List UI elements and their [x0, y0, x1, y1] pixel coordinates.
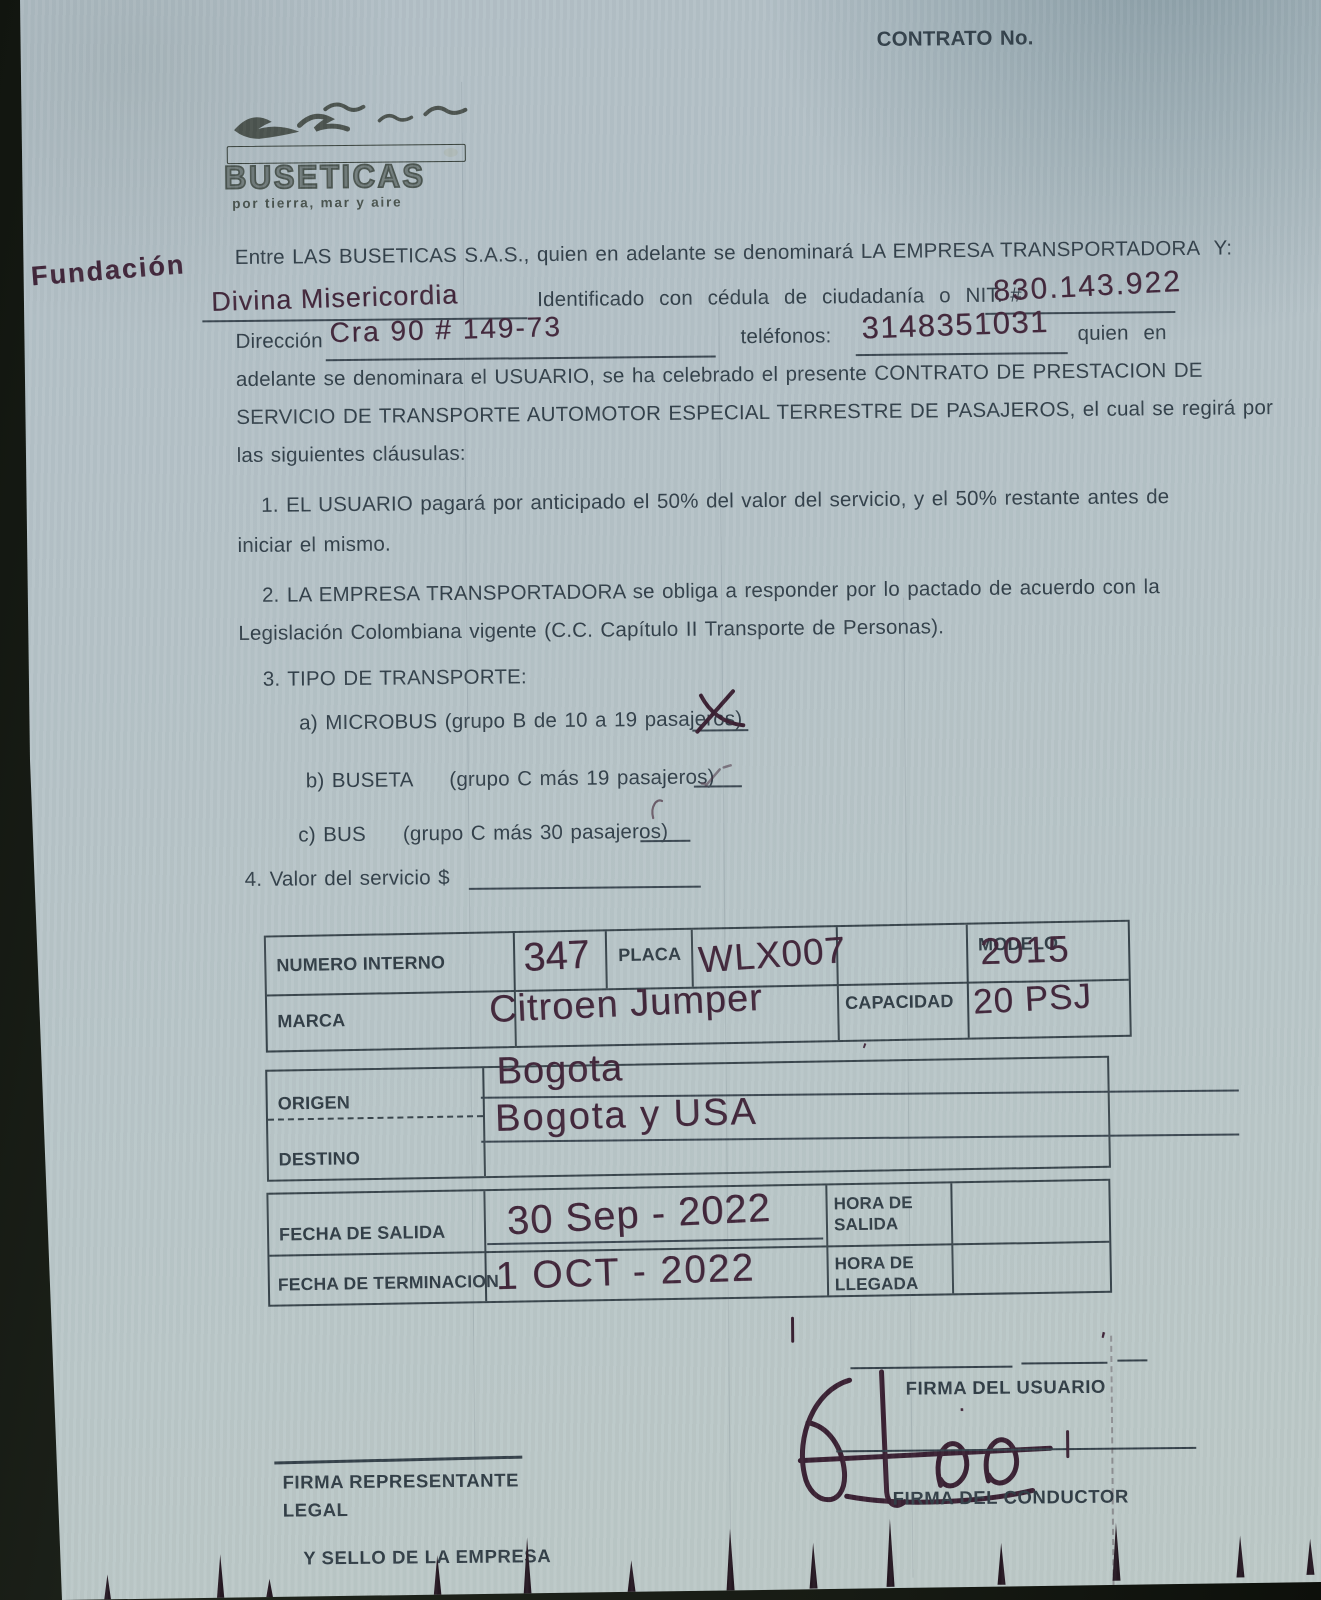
scanned-contract-page: CONTRATO No. BUSETICAS por tierra, mar y… — [0, 0, 1321, 1600]
numero-interno-label: NUMERO INTERNO — [276, 952, 445, 976]
modelo-value-handwriting: 2015 — [979, 928, 1071, 973]
firma-usuario-line-3 — [1117, 1359, 1147, 1361]
intro-line-3-tail: quien en — [1077, 321, 1166, 346]
destino-label: DESTINO — [279, 1148, 361, 1170]
option-c-blank-line — [640, 840, 690, 842]
route-table-row-divider — [268, 1115, 483, 1121]
clause-1-line-2: iniciar el mismo. — [237, 533, 391, 558]
option-b-pen-mark — [700, 763, 734, 789]
ink-mark — [216, 1554, 224, 1600]
clause-4-label: 4. Valor del servicio $ — [245, 866, 450, 892]
telefono-underline — [856, 352, 1068, 356]
origen-value-handwriting: Bogota — [496, 1047, 624, 1093]
vehicle-table-border — [691, 930, 694, 987]
capacidad-value-handwriting: 20 PSJ — [972, 976, 1093, 1022]
intro-line-6: las siguientes cláusulas: — [237, 442, 466, 468]
clause-2-line-1: 2. LA EMPRESA TRANSPORTADORA se obliga a… — [262, 575, 1160, 608]
ink-mark — [726, 1528, 735, 1590]
placa-value-handwriting: WLX007 — [697, 929, 848, 981]
fecha-terminacion-value-handwriting: 1 OCT - 2022 — [495, 1246, 756, 1299]
capacidad-label: CAPACIDAD — [845, 991, 954, 1014]
ink-mark — [886, 1519, 895, 1587]
telefono-handwriting: 3148351031 — [861, 304, 1050, 347]
fecha-salida-value-handwriting: 30 Sep - 2022 — [506, 1186, 772, 1245]
ink-mark — [809, 1543, 817, 1589]
marca-label: MARCA — [277, 1010, 345, 1032]
signature-representante-label-1: FIRMA REPRESENTANTE — [282, 1469, 519, 1493]
brand-tagline: por tierra, mar y aire — [232, 194, 402, 211]
placa-label: PLACA — [618, 944, 681, 966]
ink-mark — [997, 1543, 1005, 1585]
intro-line-5: SERVICIO DE TRANSPORTE AUTOMOTOR ESPECIA… — [236, 396, 1273, 430]
ink-mark — [523, 1537, 532, 1595]
route-table-border — [482, 1068, 486, 1176]
direccion-label: Dirección — [235, 329, 322, 354]
contract-number-label: CONTRATO No. — [877, 26, 1034, 52]
destino-value-handwriting: Bogota y USA — [494, 1091, 758, 1141]
hora-llegada-label: HORA DE LLEGADA — [834, 1251, 947, 1295]
vehicle-table-border — [605, 931, 608, 988]
transport-option-a: a) MICROBUS (grupo B de 10 a 19 pasajero… — [299, 707, 742, 735]
vehicle-table: NUMERO INTERNO 347 PLACA WLX007 MODELO 2… — [264, 920, 1132, 1053]
transport-option-b: b) BUSETA (grupo C más 19 pasajeros) — [306, 765, 715, 793]
marca-value-handwriting: Citroen Jumper — [488, 977, 763, 1032]
brand-name: BUSETICAS — [224, 157, 426, 197]
telefonos-label: teléfonos: — [740, 324, 831, 349]
signature-representante-label-2: LEGAL — [283, 1499, 349, 1522]
ink-mark — [1306, 1539, 1314, 1575]
clause-1-line-1: 1. EL USUARIO pagará por anticipado el 5… — [261, 485, 1169, 518]
page-content: CONTRATO No. BUSETICAS por tierra, mar y… — [0, 0, 1321, 1600]
signature-sello-label: Y SELLO DE LA EMPRESA — [303, 1545, 551, 1569]
ink-mark — [433, 1555, 441, 1597]
ink-mark — [103, 1574, 111, 1600]
clause-2-line-2: Legislación Colombiana vigente (C.C. Cap… — [238, 615, 944, 646]
option-c-pen-mark — [648, 796, 666, 822]
valor-servicio-blank-line — [469, 886, 701, 890]
schedule-table-border — [825, 1185, 829, 1295]
pen-apostrophe-mark: ' — [1096, 1326, 1108, 1357]
company-logo: BUSETICAS por tierra, mar y aire — [221, 96, 482, 208]
entity-name-handwriting: Divina Misericordia — [211, 279, 459, 318]
direccion-underline — [326, 355, 716, 361]
ink-mark — [265, 1579, 273, 1600]
ink-mark — [1236, 1535, 1244, 1577]
direccion-handwriting: Cra 90 # 149-73 — [329, 311, 562, 349]
fecha-terminacion-label: FECHA DE TERMINACION — [278, 1271, 499, 1296]
pen-tick-mark-2 — [1066, 1430, 1069, 1458]
nit-handwriting: 830.143.922 — [992, 265, 1182, 309]
fecha-salida-label: FECHA DE SALIDA — [279, 1222, 446, 1246]
numero-interno-value-handwriting: 347 — [522, 932, 591, 980]
pen-tick-mark — [791, 1317, 794, 1343]
flying-birds-icon — [229, 98, 479, 150]
schedule-table-border — [950, 1183, 954, 1293]
signature-conductor-label: FIRMA DEL CONDUCTOR — [893, 1486, 1129, 1510]
ink-mark — [627, 1560, 635, 1592]
ink-mark — [1112, 1523, 1121, 1581]
clause-3-title: 3. TIPO DE TRANSPORTE: — [263, 665, 527, 692]
hora-salida-label: HORA DE SALIDA — [833, 1191, 946, 1235]
option-a-x-mark-handwriting — [687, 685, 747, 738]
transport-option-c: c) BUS (grupo C más 30 pasajeros) — [298, 820, 668, 848]
intro-line-1: Entre LAS BUSETICAS S.A.S., quien en ade… — [235, 236, 1233, 270]
margin-note-handwriting: Fundación — [30, 249, 186, 292]
logo-banner-oval — [444, 148, 458, 157]
pen-dot-mark: · — [958, 1395, 966, 1423]
origen-label: ORIGEN — [278, 1092, 351, 1114]
firma-representante-line — [274, 1456, 522, 1465]
schedule-table: FECHA DE SALIDA HORA DE SALIDA FECHA DE … — [266, 1179, 1112, 1307]
